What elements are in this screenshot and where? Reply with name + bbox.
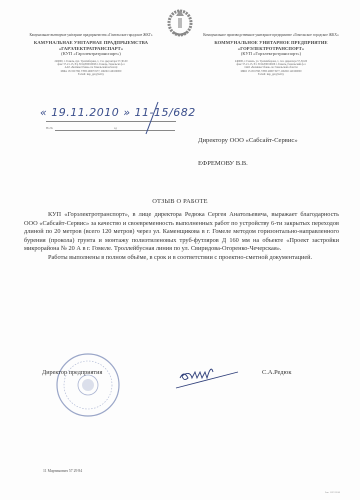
contacts-be: 246000, г. Гомель, вул. Трахімберава, 1,… xyxy=(16,60,166,77)
ref-from: ад xyxy=(114,126,117,130)
letterhead-belarusian: Камунальнае вытворчае унітарнае прадпрые… xyxy=(16,33,166,77)
outgoing-date-number: « 19.11.2010 » 11-15/682 xyxy=(40,106,196,119)
ref-prefix: На № xyxy=(46,126,53,130)
handwritten-signature-icon xyxy=(172,358,244,392)
signatory-name: С.А.Редюк xyxy=(262,369,291,376)
parent-org-be: Камунальнае вытворчае унітарнае прадпрые… xyxy=(16,33,166,37)
official-stamp-icon xyxy=(55,352,121,418)
org-short-ru: (КУП «Горэлектротранспорт») xyxy=(196,51,346,56)
addressee-name: ЕФРЕМОВУ В.В. xyxy=(198,160,248,167)
executor-note: 11 Мартинович 57 29 84 xyxy=(43,469,82,473)
body-paragraph-2: Работы выполнены в полном объёме, в срок… xyxy=(24,254,339,263)
parent-org-ru: Коммунальное производственное унитарное … xyxy=(196,33,346,37)
signatory-position: Директор предприятия xyxy=(42,369,102,376)
body-paragraph-1: КУП «Горэлектротранспорт», в лице директ… xyxy=(24,211,339,254)
handwritten-slash xyxy=(142,100,162,136)
state-emblem-icon xyxy=(165,6,195,38)
document-title: ОТЗЫВ О РАБОТЕ xyxy=(0,198,360,205)
print-order-code: Зак. 1137-2010 xyxy=(325,491,340,494)
letterhead-russian: Коммунальное производственное унитарное … xyxy=(196,33,346,77)
letter-body: КУП «Горэлектротранспорт», в лице директ… xyxy=(24,211,339,263)
contacts-ru: 246000, г. Гомель, ул. Трахимберова, 1, … xyxy=(196,60,346,77)
org-short-be: (КУП «Гарэлектратранспарт») xyxy=(16,51,166,56)
addressee-position: Директору ООО «Сабсайт-Сервис» xyxy=(198,137,298,144)
